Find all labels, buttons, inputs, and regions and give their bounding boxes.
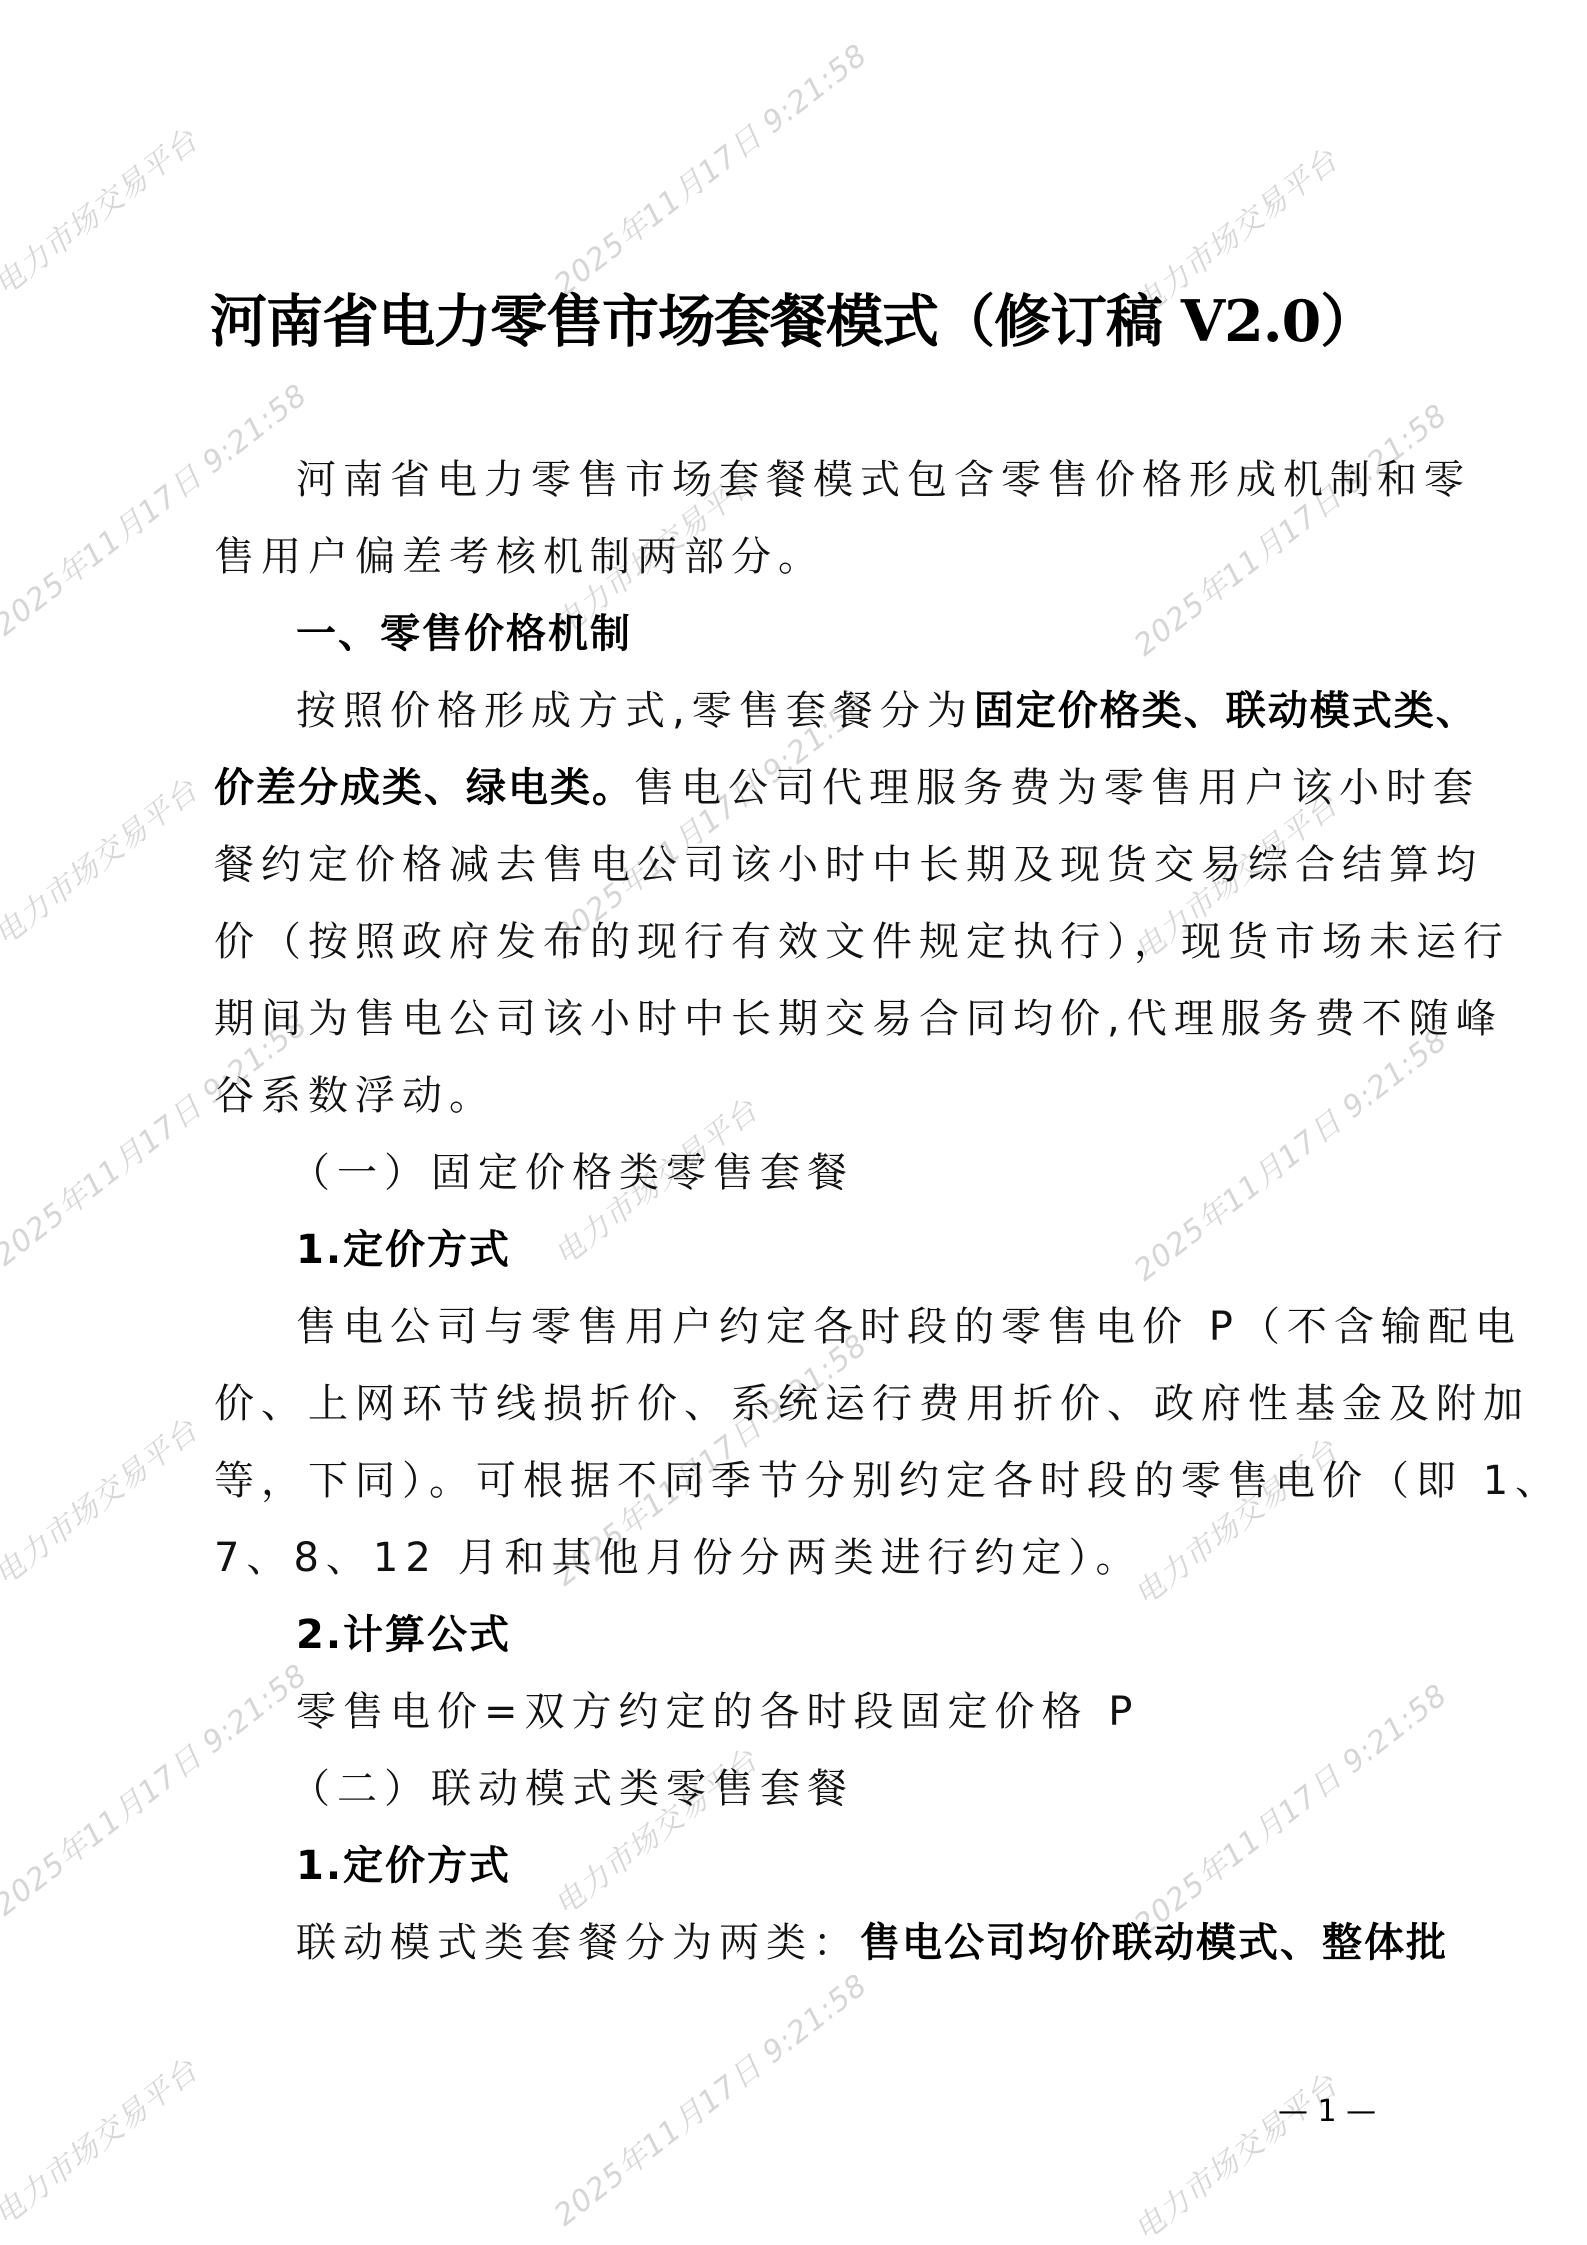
formula-line: 零售电价=双方约定的各时段固定价格 P — [296, 1682, 1139, 1742]
fixed-price-paragraph-line-1: 售电公司与零售用户约定各时段的零售电价 P（不含输配电 — [296, 1297, 1522, 1357]
intro-paragraph-line-2: 售用户偏差考核机制两部分。 — [214, 527, 825, 587]
subsection-heading-linked-mode: （二）联动模式类零售套餐 — [290, 1759, 854, 1819]
document-title: 河南省电力零售市场套餐模式（修订稿 V2.0） — [210, 282, 1410, 362]
subsection-heading-fixed-price: （一）固定价格类零售套餐 — [290, 1143, 854, 1203]
linked-mode-paragraph-line-1: 联动模式类套餐分为两类：售电公司均价联动模式、整体批 — [296, 1913, 1448, 1973]
text-normal: 联动模式类套餐分为两类： — [296, 1920, 860, 1966]
fixed-price-paragraph-line-3: 等，下同）。可根据不同季节分别约定各时段的零售电价（即 1、 — [214, 1451, 1562, 1511]
item-heading-pricing-method-2: 1.定价方式 — [296, 1836, 511, 1896]
item-heading-pricing-method: 1.定价方式 — [296, 1220, 511, 1280]
text-bold-package-types: 固定价格类、联动模式类、 — [974, 688, 1478, 734]
text-bold-package-types: 价差分成类、绿电类。 — [214, 765, 634, 811]
fixed-price-paragraph-line-2: 价、上网环节线损折价、系统运行费用折价、政府性基金及附加 — [214, 1374, 1530, 1434]
package-types-paragraph-line-4: 价（按照政府发布的现行有效文件规定执行），现货市场未运行 — [214, 912, 1510, 972]
package-types-paragraph-line-6: 谷系数浮动。 — [214, 1066, 496, 1126]
page-number: — 1 — — [1278, 2092, 1376, 2132]
section-heading-retail-price-mechanism: 一、零售价格机制 — [296, 604, 632, 664]
package-types-paragraph-line-3: 餐约定价格减去售电公司该小时中长期及现货交易综合结算均 — [214, 835, 1483, 895]
document-page: 河南省电力零售市场套餐模式（修订稿 V2.0） 河南省电力零售市场套餐模式包含零… — [0, 0, 1587, 2245]
text-bold-linked-types: 售电公司均价联动模式、整体批 — [860, 1920, 1448, 1966]
text-normal: 售电公司代理服务费为零售用户该小时套 — [634, 765, 1480, 811]
fixed-price-paragraph-line-4: 7、8、12 月和其他月份分两类进行约定）。 — [214, 1528, 1143, 1588]
package-types-paragraph-line-2: 价差分成类、绿电类。售电公司代理服务费为零售用户该小时套 — [214, 758, 1480, 818]
package-types-paragraph-line-5: 期间为售电公司该小时中长期交易合同均价,代理服务费不随峰 — [214, 989, 1503, 1049]
text-normal: 按照价格形成方式,零售套餐分为 — [296, 688, 974, 734]
intro-paragraph-line-1: 河南省电力零售市场套餐模式包含零售价格形成机制和零 — [296, 450, 1471, 510]
item-heading-calculation-formula: 2.计算公式 — [296, 1605, 511, 1665]
package-types-paragraph-line-1: 按照价格形成方式,零售套餐分为固定价格类、联动模式类、 — [296, 681, 1478, 741]
